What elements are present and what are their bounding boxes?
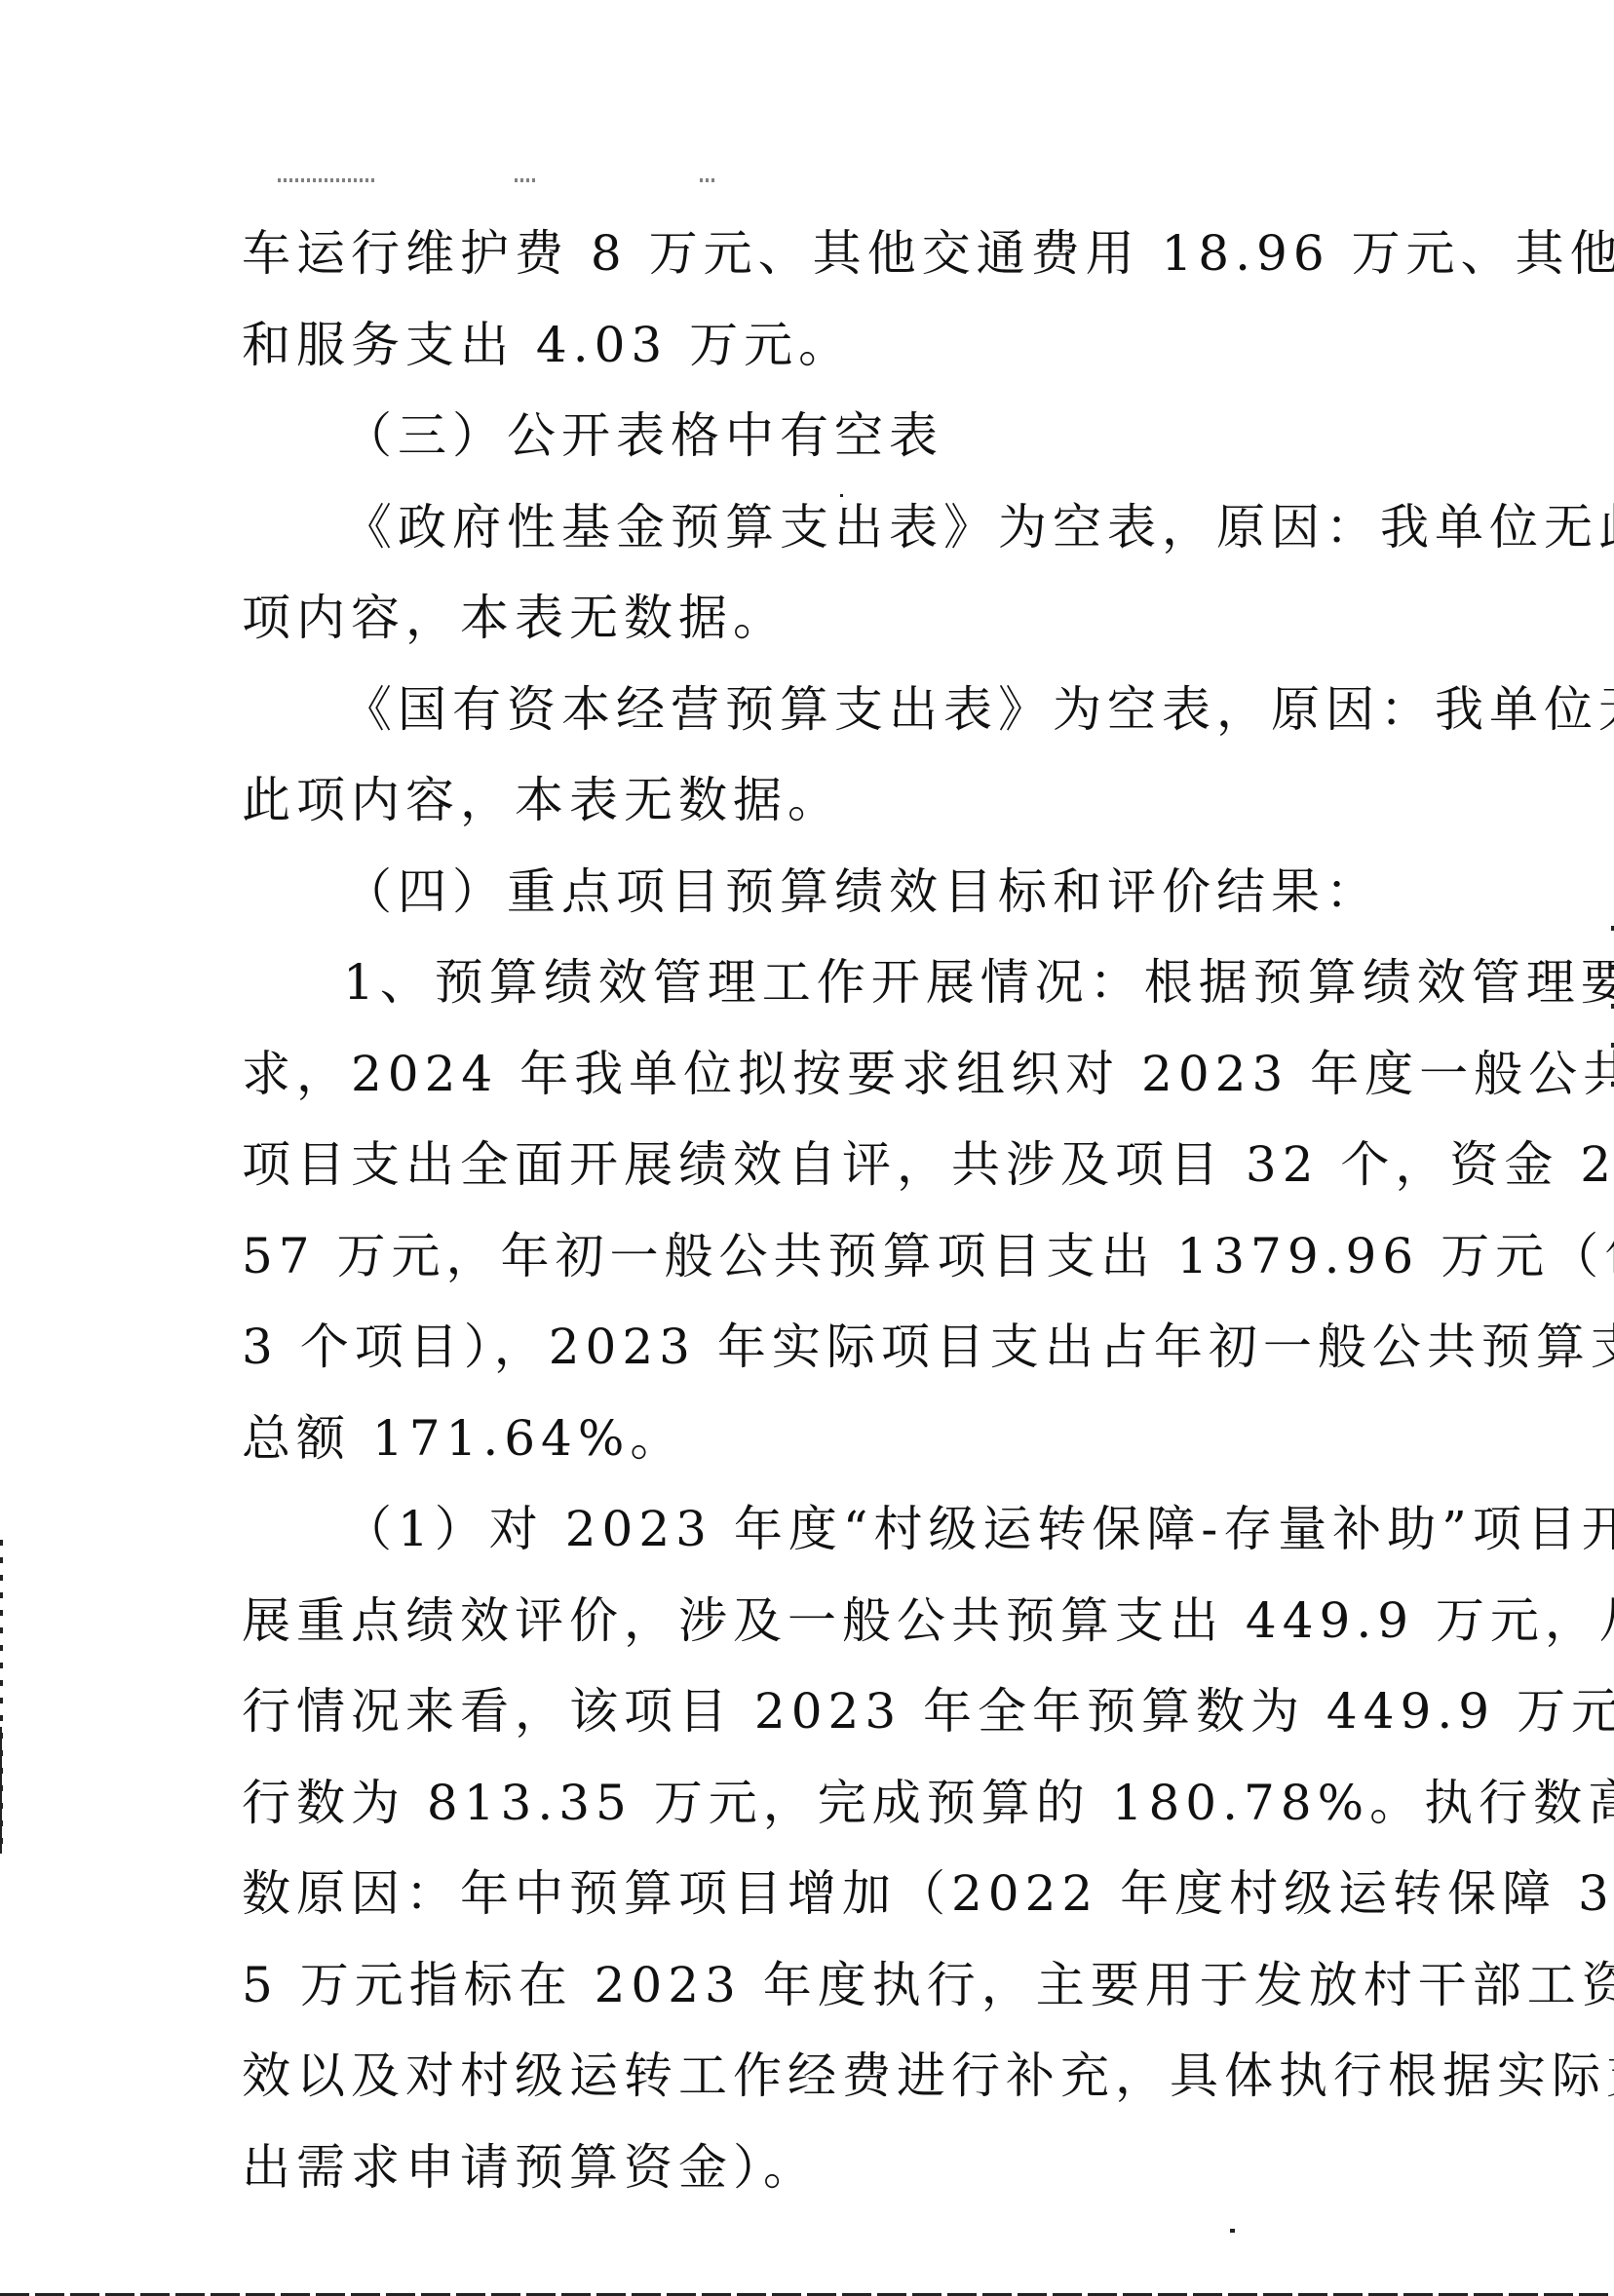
text-line: （1）对 2023 年度“村级运转保障-存量补助”项目开 [242,1484,1363,1576]
text-line: 车运行维护费 8 万元、其他交通费用 18.96 万元、其他商品 [242,209,1363,300]
scanned-page: 车运行维护费 8 万元、其他交通费用 18.96 万元、其他商品 和服务支出 4… [0,0,1614,2296]
text-line: 出需求申请预算资金）。 [242,2123,1363,2214]
text-line: 1、预算绩效管理工作开展情况：根据预算绩效管理要 [242,938,1363,1029]
text-line: 3 个项目），2023 年实际项目支出占年初一般公共预算支出 [242,1302,1363,1394]
section-heading-4: （四）重点项目预算绩效目标和评价结果： [242,847,1363,938]
text-line: 项内容，本表无数据。 [242,573,1363,665]
scan-artifact [515,178,536,182]
text-line: 求，2024 年我单位拟按要求组织对 2023 年度一般公共预算 [242,1029,1363,1121]
text-line: 此项内容，本表无数据。 [242,755,1363,847]
text-line: 《国有资本经营预算支出表》为空表，原因：我单位无 [242,665,1363,756]
scan-speck [1230,2229,1235,2233]
text-line: 行情况来看，该项目 2023 年全年预算数为 449.9 万元，执 [242,1666,1363,1758]
text-line: 效以及对村级运转工作经费进行补充，具体执行根据实际支 [242,2031,1363,2123]
section-heading-3: （三）公开表格中有空表 [242,391,1363,482]
text-line: 57 万元，年初一般公共预算项目支出 1379.96 万元（包括 2 [242,1211,1363,1303]
document-body: 车运行维护费 8 万元、其他交通费用 18.96 万元、其他商品 和服务支出 4… [242,209,1363,2213]
scan-artifact [278,178,375,182]
text-line: 《政府性基金预算支出表》为空表，原因：我单位无此 [242,482,1363,574]
text-line: 总额 171.64%。 [242,1394,1363,1485]
text-line: 和服务支出 4.03 万元。 [242,300,1363,392]
text-line: 项目支出全面开展绩效自评，共涉及项目 32 个，资金 2368. [242,1120,1363,1211]
text-line: 5 万元指标在 2023 年度执行，主要用于发放村干部工资、绩 [242,1940,1363,2032]
text-line: 数原因：年中预算项目增加（2022 年度村级运转保障 363.4 [242,1849,1363,1940]
text-line: 展重点绩效评价，涉及一般公共预算支出 449.9 万元，从执 [242,1576,1363,1667]
scan-edge-line-left [0,1727,2,1854]
text-line: 行数为 813.35 万元，完成预算的 180.78%。执行数高于预算 [242,1758,1363,1850]
scan-artifact [700,178,717,182]
